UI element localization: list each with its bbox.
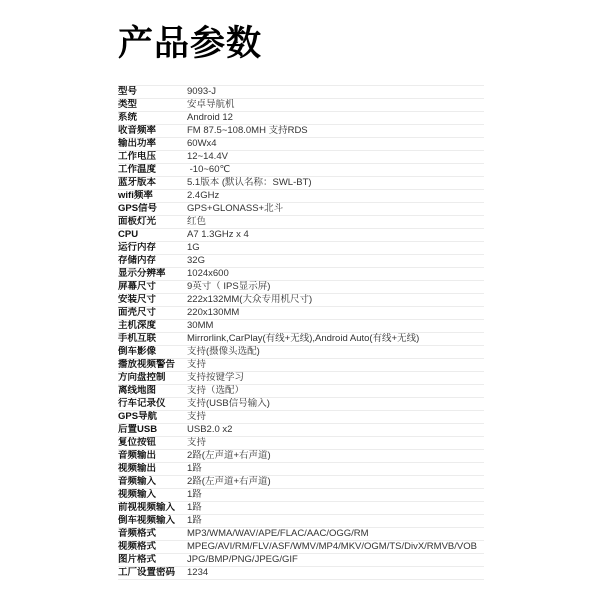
table-row: 系统Android 12 xyxy=(118,111,484,124)
param-value: 1路 xyxy=(187,502,484,514)
table-row: 音频输入2路(左声道+右声道) xyxy=(118,475,484,488)
param-label: 离线地图 xyxy=(118,385,187,397)
param-label: 复位按钮 xyxy=(118,437,187,449)
param-label: 输出功率 xyxy=(118,138,187,150)
param-value: USB2.0 x2 xyxy=(187,424,484,436)
table-row: 播放视频警告支持 xyxy=(118,358,484,371)
param-value: 12~14.4V xyxy=(187,151,484,163)
param-value: 32G xyxy=(187,255,484,267)
table-row: 倒车影像支持(摄像头选配) xyxy=(118,345,484,358)
table-row: 复位按钮支持 xyxy=(118,436,484,449)
table-row: 蓝牙版本5.1版本 (默认名称：SWL-BT) xyxy=(118,176,484,189)
table-row: 收音频率FM 87.5~108.0MH 支持RDS xyxy=(118,124,484,137)
param-label: 手机互联 xyxy=(118,333,187,345)
table-row: 方向盘控制支持按键学习 xyxy=(118,371,484,384)
param-value: 2路(左声道+右声道) xyxy=(187,476,484,488)
param-value: 1234 xyxy=(187,567,484,579)
param-value: 1G xyxy=(187,242,484,254)
table-row: CPUA7 1.3GHz x 4 xyxy=(118,228,484,241)
param-value: 支持 xyxy=(187,359,484,371)
table-row: 后置USBUSB2.0 x2 xyxy=(118,423,484,436)
table-row: 视频格式MPEG/AVI/RM/FLV/ASF/WMV/MP4/MKV/OGM/… xyxy=(118,540,484,553)
table-row: 屏幕尺寸9英寸（ IPS显示屏) xyxy=(118,280,484,293)
param-label: 音频输入 xyxy=(118,476,187,488)
param-value: 5.1版本 (默认名称：SWL-BT) xyxy=(187,177,484,189)
table-row: 类型安卓导航机 xyxy=(118,98,484,111)
table-row: 工作温度 -10~60℃ xyxy=(118,163,484,176)
param-value: 2.4GHz xyxy=(187,190,484,202)
table-row: 音频格式MP3/WMA/WAV/APE/FLAC/AAC/OGG/RM xyxy=(118,527,484,540)
param-value: GPS+GLONASS+北斗 xyxy=(187,203,484,215)
param-label: 运行内存 xyxy=(118,242,187,254)
table-row: 手机互联Mirrorlink,CarPlay(有线+无线),Android Au… xyxy=(118,332,484,345)
param-value: 支持按键学习 xyxy=(187,372,484,384)
param-value: Mirrorlink,CarPlay(有线+无线),Android Auto(有… xyxy=(187,333,484,345)
param-label: 显示分辨率 xyxy=(118,268,187,280)
param-label: 方向盘控制 xyxy=(118,372,187,384)
param-label: 工作温度 xyxy=(118,164,187,176)
table-row: 显示分辨率1024x600 xyxy=(118,267,484,280)
param-label: 倒车视频输入 xyxy=(118,515,187,527)
table-row: GPS导航支持 xyxy=(118,410,484,423)
table-row: 前视视频输入1路 xyxy=(118,501,484,514)
param-label: 主机深度 xyxy=(118,320,187,332)
table-row: 倒车视频输入1路 xyxy=(118,514,484,527)
param-value: 1路 xyxy=(187,515,484,527)
param-label: 类型 xyxy=(118,99,187,111)
param-label: 面板灯光 xyxy=(118,216,187,228)
param-value: FM 87.5~108.0MH 支持RDS xyxy=(187,125,484,137)
param-value: 支持 xyxy=(187,437,484,449)
param-value: 9093-J xyxy=(187,86,484,98)
table-row: 安装尺寸222x132MM(大众专用机尺寸) xyxy=(118,293,484,306)
table-row: 视频输入1路 xyxy=(118,488,484,501)
param-label: 行车记录仪 xyxy=(118,398,187,410)
param-label: 倒车影像 xyxy=(118,346,187,358)
table-row: wifi频率2.4GHz xyxy=(118,189,484,202)
param-value: 支持(USB信号输入) xyxy=(187,398,484,410)
table-row: 视频输出1路 xyxy=(118,462,484,475)
table-row: 运行内存1G xyxy=(118,241,484,254)
spec-sheet-page: 产品参数 型号9093-J类型安卓导航机系统Android 12收音频率FM 8… xyxy=(118,24,484,580)
table-row: 面壳尺寸220x130MM xyxy=(118,306,484,319)
param-label: 图片格式 xyxy=(118,554,187,566)
param-label: 视频输出 xyxy=(118,463,187,475)
param-label: 后置USB xyxy=(118,424,187,436)
param-label: 前视视频输入 xyxy=(118,502,187,514)
param-value: 1024x600 xyxy=(187,268,484,280)
param-value: 1路 xyxy=(187,489,484,501)
param-label: wifi频率 xyxy=(118,190,187,202)
param-value: MP3/WMA/WAV/APE/FLAC/AAC/OGG/RM xyxy=(187,528,484,540)
param-label: 安装尺寸 xyxy=(118,294,187,306)
param-value: 支持(摄像头选配) xyxy=(187,346,484,358)
table-row: 音频输出2路(左声道+右声道) xyxy=(118,449,484,462)
param-label: 型号 xyxy=(118,86,187,98)
param-value: 220x130MM xyxy=(187,307,484,319)
param-label: 工厂设置密码 xyxy=(118,567,187,579)
param-value: 30MM xyxy=(187,320,484,332)
param-value: 60Wx4 xyxy=(187,138,484,150)
param-value: 安卓导航机 xyxy=(187,99,484,111)
table-row: 行车记录仪支持(USB信号输入) xyxy=(118,397,484,410)
table-row: 图片格式JPG/BMP/PNG/JPEG/GIF xyxy=(118,553,484,566)
table-row: 输出功率60Wx4 xyxy=(118,137,484,150)
table-row: 面板灯光红色 xyxy=(118,215,484,228)
param-label: 播放视频警告 xyxy=(118,359,187,371)
param-label: 音频格式 xyxy=(118,528,187,540)
param-value: 支持 xyxy=(187,411,484,423)
table-row: 型号9093-J xyxy=(118,85,484,98)
spec-table: 型号9093-J类型安卓导航机系统Android 12收音频率FM 87.5~1… xyxy=(118,85,484,580)
param-label: 收音频率 xyxy=(118,125,187,137)
param-value: 2路(左声道+右声道) xyxy=(187,450,484,462)
table-row: 工作电压12~14.4V xyxy=(118,150,484,163)
param-label: 系统 xyxy=(118,112,187,124)
table-row: 离线地图支持（选配） xyxy=(118,384,484,397)
table-row: 主机深度30MM xyxy=(118,319,484,332)
param-label: 存储内存 xyxy=(118,255,187,267)
table-row: 存储内存32G xyxy=(118,254,484,267)
param-value: 1路 xyxy=(187,463,484,475)
param-value: Android 12 xyxy=(187,112,484,124)
param-label: 蓝牙版本 xyxy=(118,177,187,189)
param-label: CPU xyxy=(118,229,187,241)
param-value: A7 1.3GHz x 4 xyxy=(187,229,484,241)
param-value: 支持（选配） xyxy=(187,385,484,397)
table-row: GPS信号GPS+GLONASS+北斗 xyxy=(118,202,484,215)
param-label: 工作电压 xyxy=(118,151,187,163)
param-label: 面壳尺寸 xyxy=(118,307,187,319)
param-value: -10~60℃ xyxy=(187,164,484,176)
table-row: 工厂设置密码1234 xyxy=(118,566,484,579)
param-value: 红色 xyxy=(187,216,484,228)
param-label: 音频输出 xyxy=(118,450,187,462)
param-label: 视频输入 xyxy=(118,489,187,501)
page-title: 产品参数 xyxy=(118,24,484,64)
param-value: 222x132MM(大众专用机尺寸) xyxy=(187,294,484,306)
param-label: GPS信号 xyxy=(118,203,187,215)
param-value: 9英寸（ IPS显示屏) xyxy=(187,281,484,293)
param-value: JPG/BMP/PNG/JPEG/GIF xyxy=(187,554,484,566)
param-label: 屏幕尺寸 xyxy=(118,281,187,293)
param-label: GPS导航 xyxy=(118,411,187,423)
param-value: MPEG/AVI/RM/FLV/ASF/WMV/MP4/MKV/OGM/TS/D… xyxy=(187,541,484,553)
param-label: 视频格式 xyxy=(118,541,187,553)
